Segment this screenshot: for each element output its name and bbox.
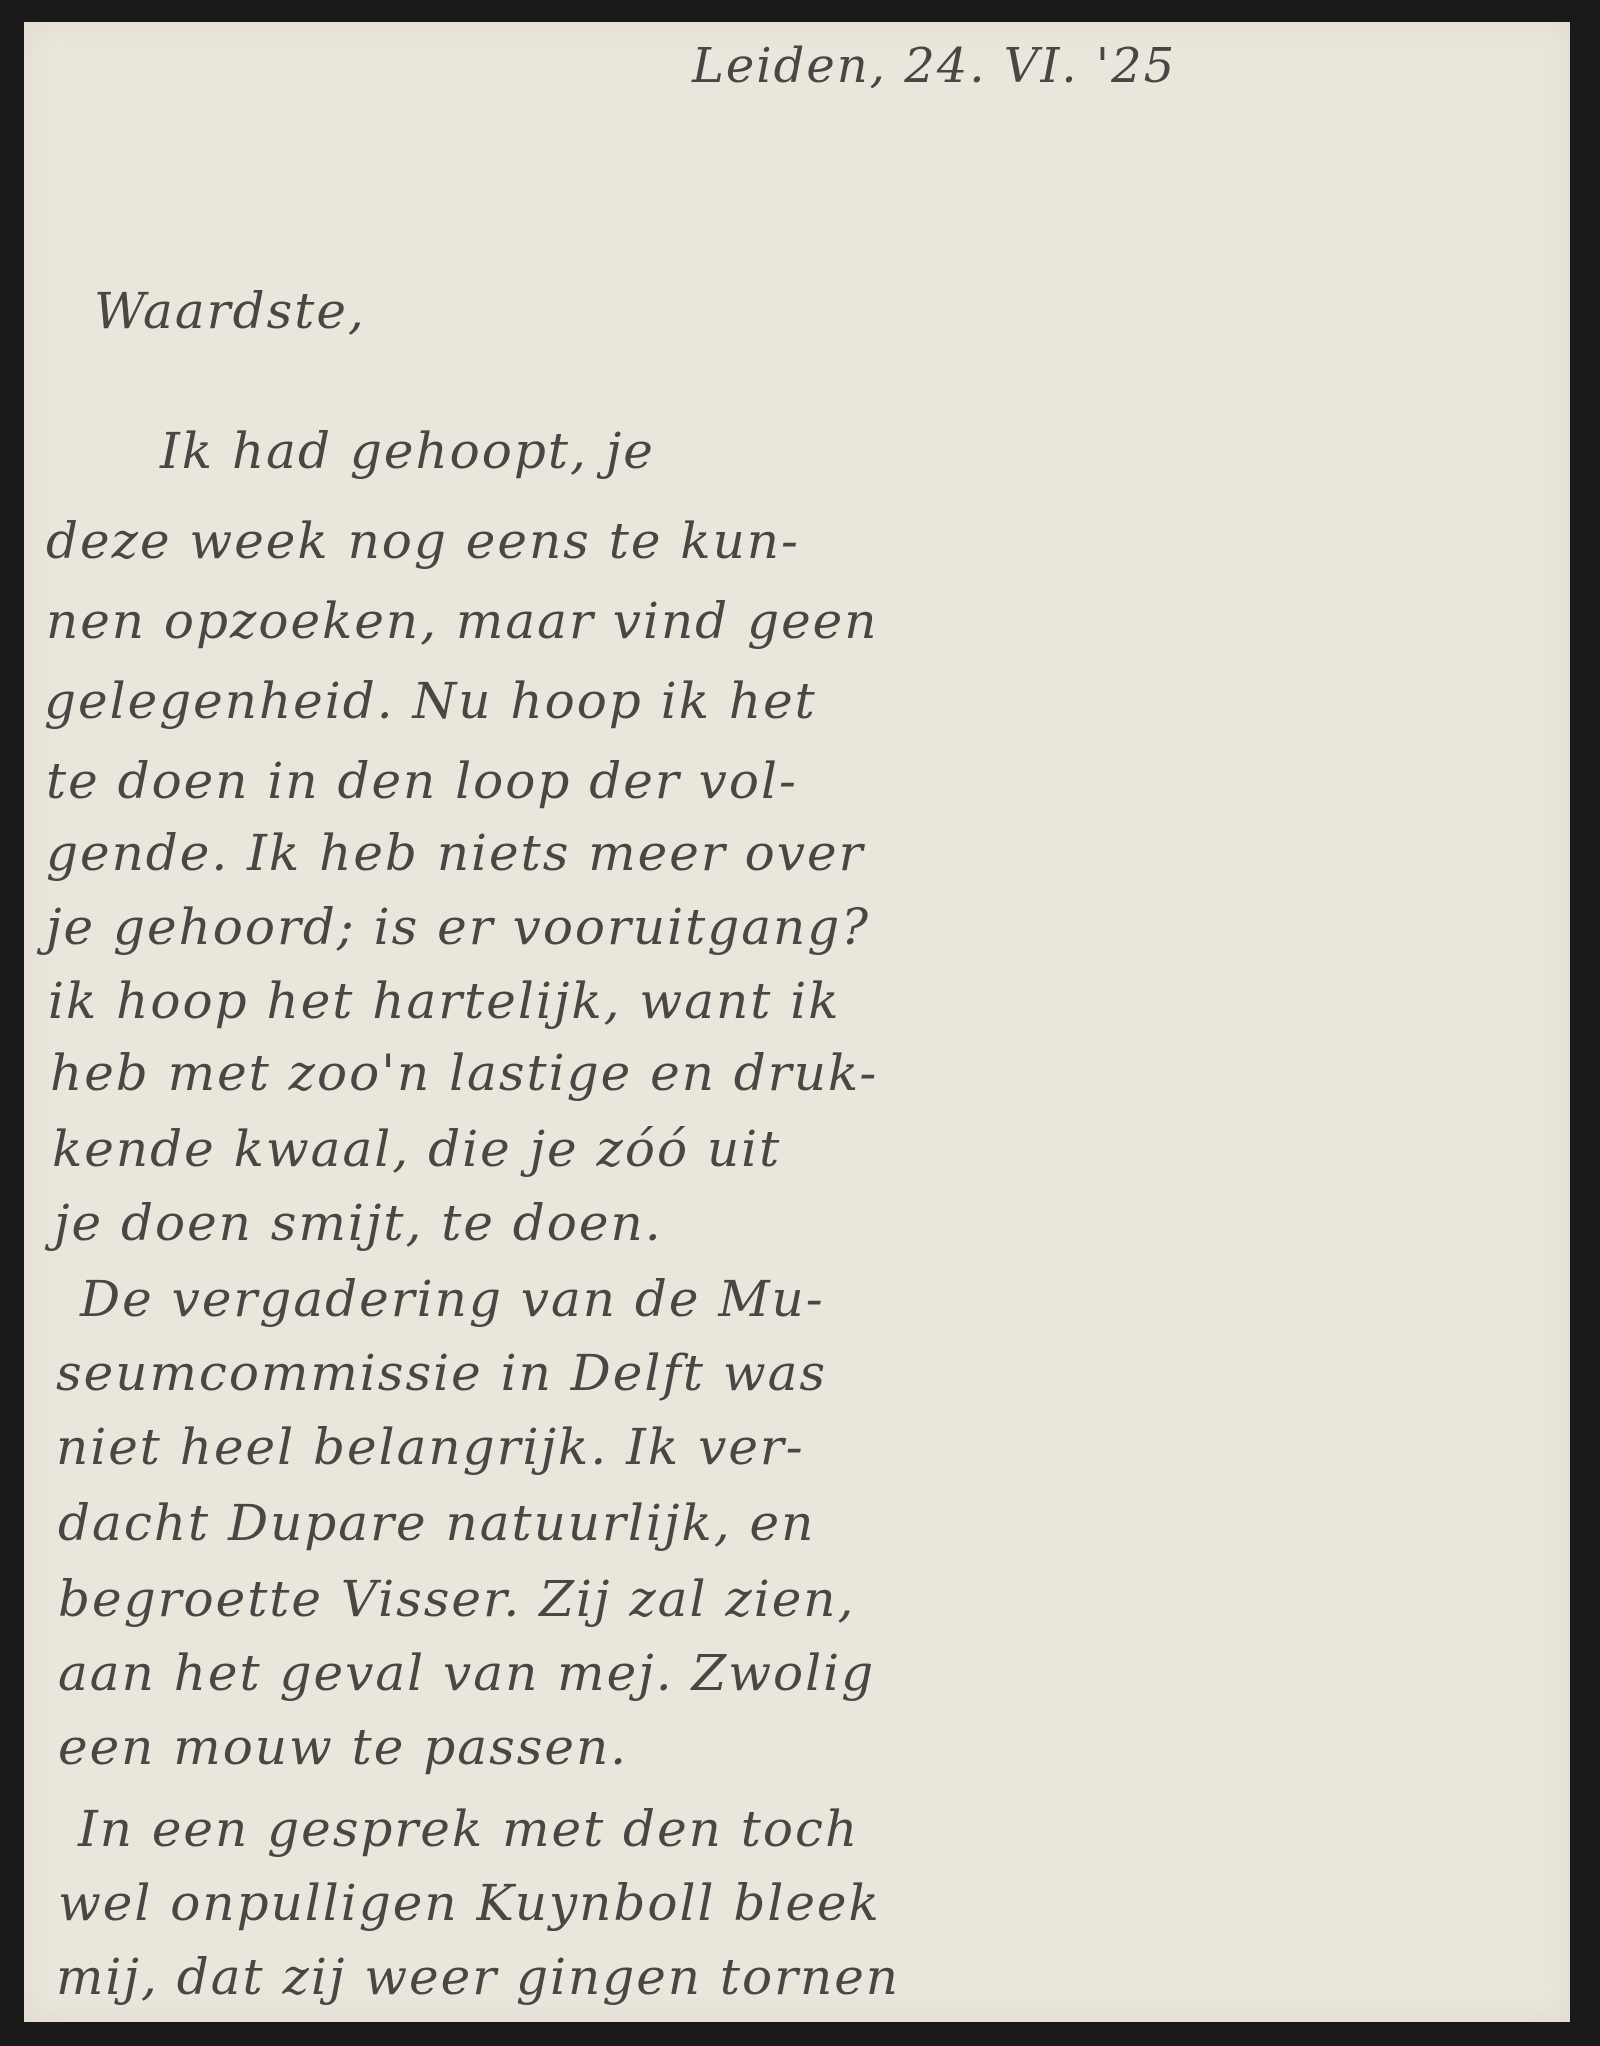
- letter-line: ik hoop het hartelijk, want ik: [48, 976, 841, 1026]
- letter-line: In een gesprek met den toch: [78, 1804, 859, 1854]
- letter-line: niet heel belangrijk. Ik ver-: [56, 1422, 805, 1472]
- letter-line: kende kwaal, die je zóó uit: [52, 1124, 781, 1174]
- letter-line: een mouw te passen.: [58, 1722, 628, 1772]
- letter-line: Ik had gehoopt, je: [160, 426, 655, 476]
- letter-salutation: Waardste,: [94, 286, 366, 336]
- letter-paper: Leiden, 24. VI. '25 Waardste, Ik had geh…: [24, 22, 1570, 2022]
- letter-line: je gehoord; is er vooruitgang?: [46, 902, 870, 952]
- letter-line: deze week nog eens te kun-: [46, 516, 800, 566]
- letter-dateline: Leiden, 24. VI. '25: [692, 42, 1176, 90]
- scanned-letter-page: Leiden, 24. VI. '25 Waardste, Ik had geh…: [0, 0, 1600, 2046]
- letter-line: nen opzoeken, maar vind geen: [46, 596, 878, 646]
- letter-line: begroette Visser. Zij zal zien,: [58, 1574, 855, 1624]
- letter-line: mij, dat zij weer gingen tornen: [56, 1952, 900, 2002]
- letter-line: aan het geval van mej. Zwolig: [58, 1648, 875, 1698]
- letter-line: De vergadering van de Mu-: [80, 1274, 825, 1324]
- letter-line: je doen smijt, te doen.: [54, 1198, 663, 1248]
- letter-line: dacht Dupare natuurlijk, en: [58, 1498, 815, 1548]
- letter-line: gelegenheid. Nu hoop ik het: [44, 676, 817, 726]
- letter-line: wel onpulligen Kuynboll bleek: [58, 1878, 881, 1928]
- letter-line: seumcommissie in Delft was: [56, 1348, 827, 1398]
- letter-line: gende. Ik heb niets meer over: [46, 828, 864, 878]
- letter-line: te doen in den loop der vol-: [46, 756, 798, 806]
- letter-line: heb met zoo'n lastige en druk-: [50, 1048, 878, 1098]
